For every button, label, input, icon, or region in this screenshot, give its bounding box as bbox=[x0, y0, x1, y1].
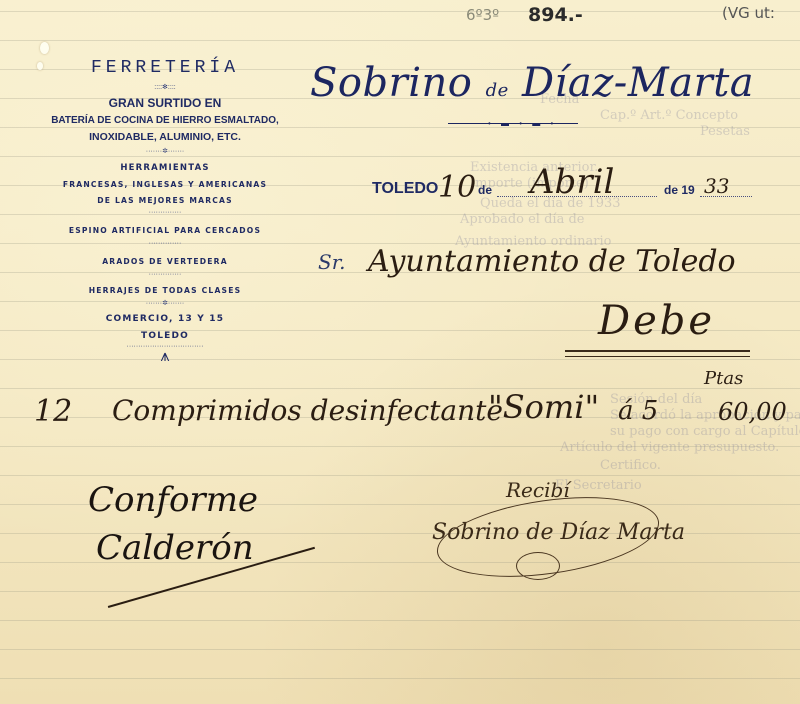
item-brand: "Somi" bbox=[488, 388, 599, 426]
debe-label: Debe bbox=[598, 298, 715, 344]
bateria-line-2: INOXIDABLE, ALUMINIO, ETC. bbox=[50, 129, 280, 145]
item-unit-price: á 5 bbox=[618, 396, 658, 426]
star-ornament: ·······✲······· bbox=[50, 299, 280, 307]
date-city: TOLEDO bbox=[372, 180, 438, 198]
item-description: Comprimidos desinfectante bbox=[112, 394, 503, 427]
address: COMERCIO, 13 Y 15 bbox=[50, 312, 280, 327]
date-year-prefix: de 19 bbox=[664, 183, 695, 197]
city: TOLEDO bbox=[50, 329, 280, 344]
item-quantity: 12 bbox=[34, 394, 72, 429]
espino-line: ESPINO ARTIFICIAL PARA CERCADOS bbox=[50, 223, 280, 238]
date-year: 33 bbox=[704, 174, 729, 198]
debe-underline bbox=[565, 350, 750, 357]
company-name: Sobrino de Díaz-Marta bbox=[310, 60, 760, 106]
item-currency: Ptas bbox=[704, 368, 743, 389]
company-ornament: • ▬ • ▬ • bbox=[488, 119, 557, 128]
dot-divider: ·············· bbox=[50, 209, 280, 216]
punch-hole bbox=[37, 62, 43, 70]
dot-divider: ·············· bbox=[50, 271, 280, 278]
archive-note-left: 6º3º bbox=[466, 6, 499, 24]
star-ornament: ·······✲······· bbox=[50, 147, 280, 155]
mejores-marcas: DE LAS MEJORES MARCAS bbox=[50, 193, 280, 208]
signature-loop bbox=[516, 552, 560, 580]
herramientas: HERRAMIENTAS bbox=[50, 161, 280, 176]
approval-conforme: Conforme bbox=[88, 480, 258, 520]
recipient-prefix: Sr. bbox=[318, 250, 345, 274]
archive-note-right: (VG ut: bbox=[722, 4, 775, 22]
herrajes-line: HERRAJES DE TODAS CLASES bbox=[50, 283, 280, 298]
invoice-document: 6º3º 894.- (VG ut: Fecha Cap.º Art.º Con… bbox=[0, 0, 800, 704]
ornament-divider: ::::✻:::: bbox=[50, 83, 280, 91]
punch-hole bbox=[40, 42, 49, 54]
approval-signature: Calderón bbox=[96, 528, 254, 568]
archive-number: 894.- bbox=[528, 4, 583, 26]
gran-surtido: GRAN SURTIDO EN bbox=[50, 95, 280, 111]
recipient-name: Ayuntamiento de Toledo bbox=[368, 244, 736, 279]
arados-line: ARADOS DE VERTEDERA bbox=[50, 254, 280, 269]
date-month: Abril bbox=[530, 162, 614, 202]
francesas-line: FRANCESAS, INGLESAS Y AMERICANAS bbox=[50, 177, 280, 192]
date-de: de bbox=[478, 183, 492, 197]
letterhead-title: FERRETERÍA bbox=[50, 58, 280, 78]
item-total: 60,00 bbox=[718, 398, 787, 426]
bottom-ornament: ⩚ bbox=[50, 348, 280, 366]
date-day: 10 bbox=[438, 170, 476, 205]
bateria-line-1: BATERÍA DE COCINA DE HIERRO ESMALTADO, bbox=[50, 113, 280, 129]
dot-divider: ·············· bbox=[50, 240, 280, 247]
